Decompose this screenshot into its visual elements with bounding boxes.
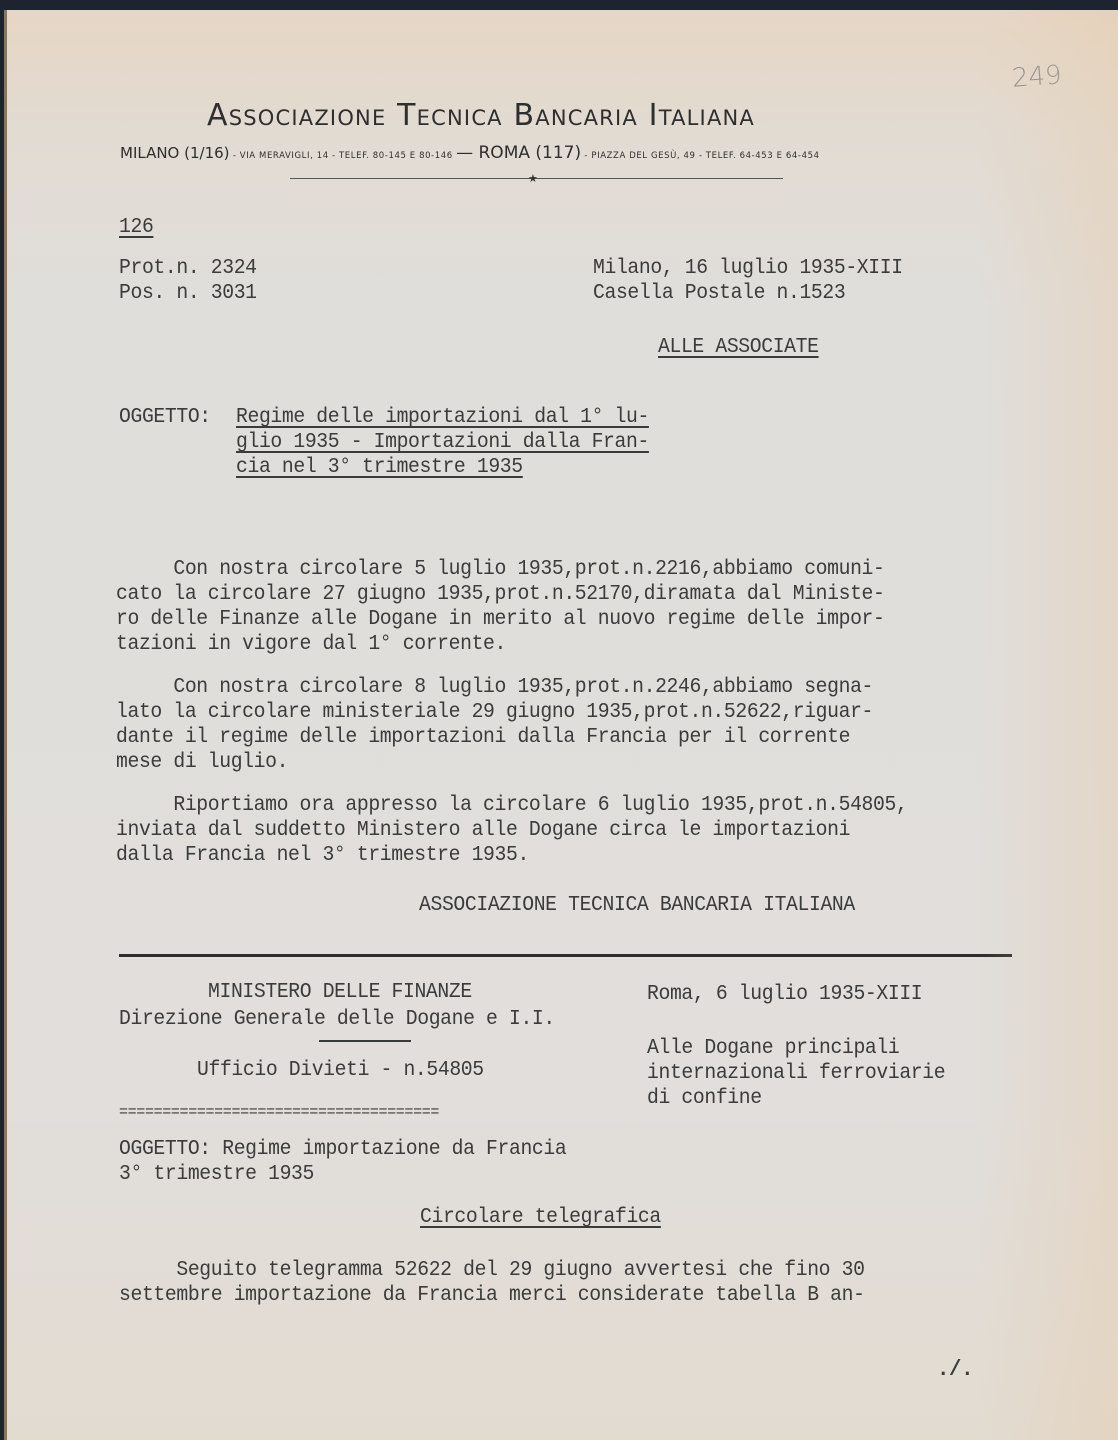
protocol-number: Prot.n. 2324 [119,256,257,281]
ministry-name: MINISTERO DELLE FINANZE [208,980,472,1005]
star-ornament-icon: ★ [528,172,538,185]
ministry-direction: Direzione Generale delle Dogane e I.I. [119,1007,555,1032]
circular-number: 126 [119,215,153,240]
ministry-body-line: settembre importazione da Francia merci … [119,1283,865,1308]
letterhead-title: Associazione Tecnica Bancaria Italiana [207,98,755,133]
ministry-subject-line: OGGETTO: Regime importazione da Francia [119,1137,566,1162]
paragraph-2-line: mese di luglio. [116,750,288,775]
place-date: Milano, 16 luglio 1935-XIII [593,256,903,281]
paragraph-2-line: lato la circolare ministeriale 29 giugno… [116,700,873,725]
ministry-short-rule [319,1040,411,1042]
paragraph-1-line: tazioni in vigore dal 1° corrente. [116,632,506,657]
milano-address: - VIA MERAVIGLI, 14 - TELEF. 80-145 E 80… [230,151,457,161]
letterhead-addresses: MILANO (1/16) - VIA MERAVIGLI, 14 - TELE… [120,143,820,163]
position-number: Pos. n. 3031 [119,281,257,306]
paragraph-3-line: dalla Francia nel 3° trimestre 1935. [116,843,529,868]
subject-label: OGGETTO: [119,405,211,430]
paragraph-3-line: inviata dal suddetto Ministero alle Doga… [116,818,850,843]
paragraph-1-line: cato la circolare 27 giugno 1935,prot.n.… [116,582,884,607]
subject-line: glio 1935 - Importazioni dalla Fran- [236,430,649,455]
ministry-subject-line: 3° trimestre 1935 [119,1162,314,1187]
recipient: ALLE ASSOCIATE [658,335,819,360]
ministry-body-line: Seguito telegramma 52622 del 29 giugno a… [119,1258,865,1283]
subject-line: cia nel 3° trimestre 1935 [236,455,523,480]
roma-label: ROMA (117) [473,143,581,163]
paragraph-1-line: Con nostra circolare 5 luglio 1935,prot.… [116,557,884,582]
milano-label: MILANO (1/16) [120,144,230,162]
address-dash: — [456,143,473,163]
paragraph-1-line: ro delle Finanze alle Dogane in merito a… [116,607,884,632]
handwritten-page-number: 249 [1011,60,1063,93]
continuation-mark: ./. [937,1357,973,1382]
ministry-recipient-line: internazionali ferroviarie [647,1061,945,1086]
circular-heading: Circolare telegrafica [420,1205,661,1230]
ministry-place-date: Roma, 6 luglio 1935-XIII [647,982,922,1007]
ministry-separator: ===================================== [119,1100,439,1125]
roma-address: - PIAZZA DEL GESÙ, 49 - TELEF. 64-453 E … [581,151,819,161]
ministry-recipient-line: Alle Dogane principali [647,1036,899,1061]
paragraph-2-line: Con nostra circolare 8 luglio 1935,prot.… [116,675,873,700]
signature: ASSOCIAZIONE TECNICA BANCARIA ITALIANA [419,893,855,918]
section-divider [119,954,1012,957]
ministry-office: Ufficio Divieti - n.54805 [197,1058,484,1083]
paragraph-3-line: Riportiamo ora appresso la circolare 6 l… [116,793,907,818]
ministry-recipient-line: di confine [647,1086,762,1111]
subject-line: Regime delle importazioni dal 1° lu- [236,405,649,430]
paragraph-2-line: dante il regime delle importazioni dalla… [116,725,850,750]
document-page: 249 Associazione Tecnica Bancaria Italia… [4,10,1118,1440]
po-box: Casella Postale n.1523 [593,281,845,306]
